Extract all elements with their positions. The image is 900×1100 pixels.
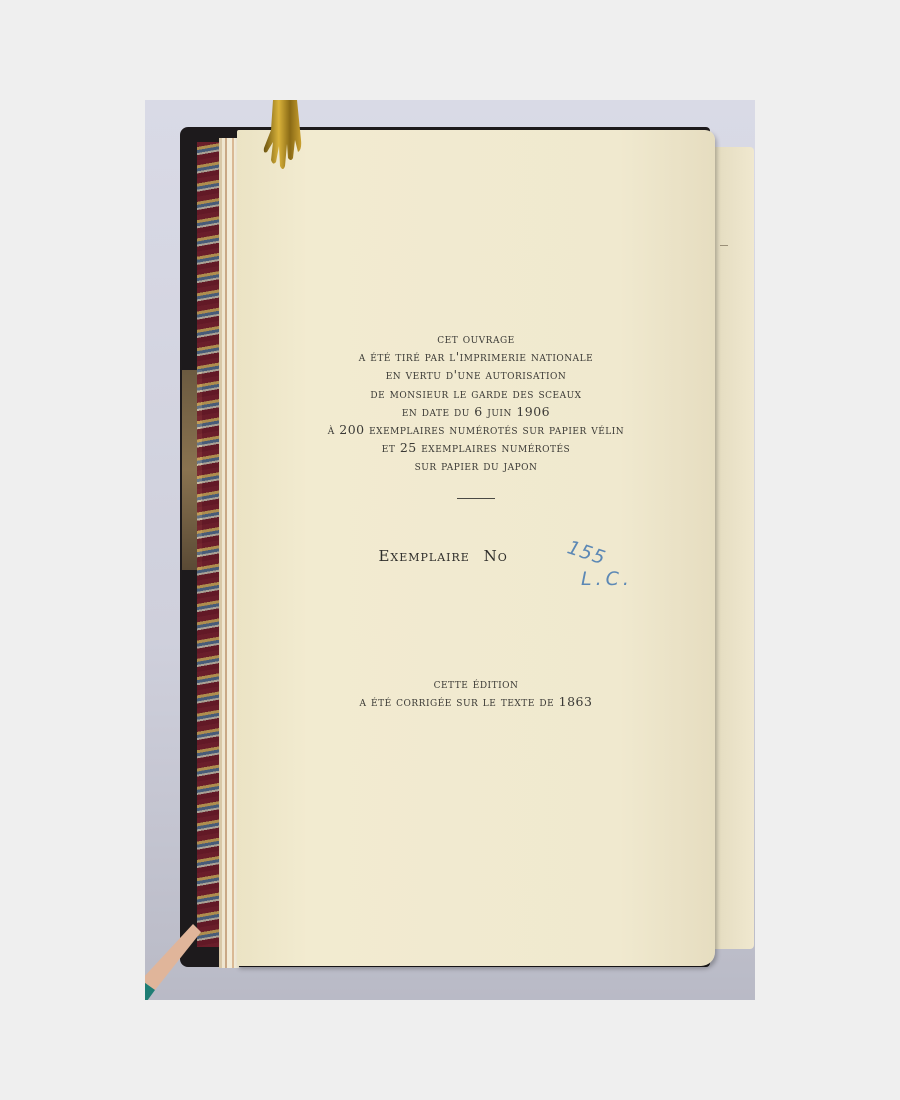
brass-hand-bookmark-icon [255,100,305,178]
colophon-line: sur papier du japon [237,457,715,475]
colophon-line: en vertu d'une autorisation [237,366,715,384]
copy-number-line: Exemplaire No [237,547,715,565]
edition-line: a été corrigée sur le texte de 1863 [237,693,715,711]
page-mark [720,245,728,246]
handwritten-note: L.C. [581,568,633,590]
copy-label: Exemplaire [378,547,469,565]
book-photo: cet ouvrage a été tiré par l'imprimerie … [145,100,755,1000]
pencil-icon [145,920,205,1000]
colophon-line: à 200 exemplaires numérotés sur papier v… [237,421,715,439]
marbled-endpaper [197,142,219,947]
colophon-line: de monsieur le garde des sceaux [237,385,715,403]
colophon-line: en date du 6 juin 1906 [237,403,715,421]
colophon-line: et 25 exemplaires numérotés [237,439,715,457]
page-edges [219,138,239,968]
edition-note: cette édition a été corrigée sur le text… [237,675,715,711]
colophon-line: a été tiré par l'imprimerie nationale [237,348,715,366]
colophon-line: cet ouvrage [237,330,715,348]
divider-rule [457,498,495,499]
edition-line: cette édition [237,675,715,693]
colophon-text: cet ouvrage a été tiré par l'imprimerie … [237,330,715,499]
number-label: No [484,547,508,565]
following-page [712,147,754,949]
